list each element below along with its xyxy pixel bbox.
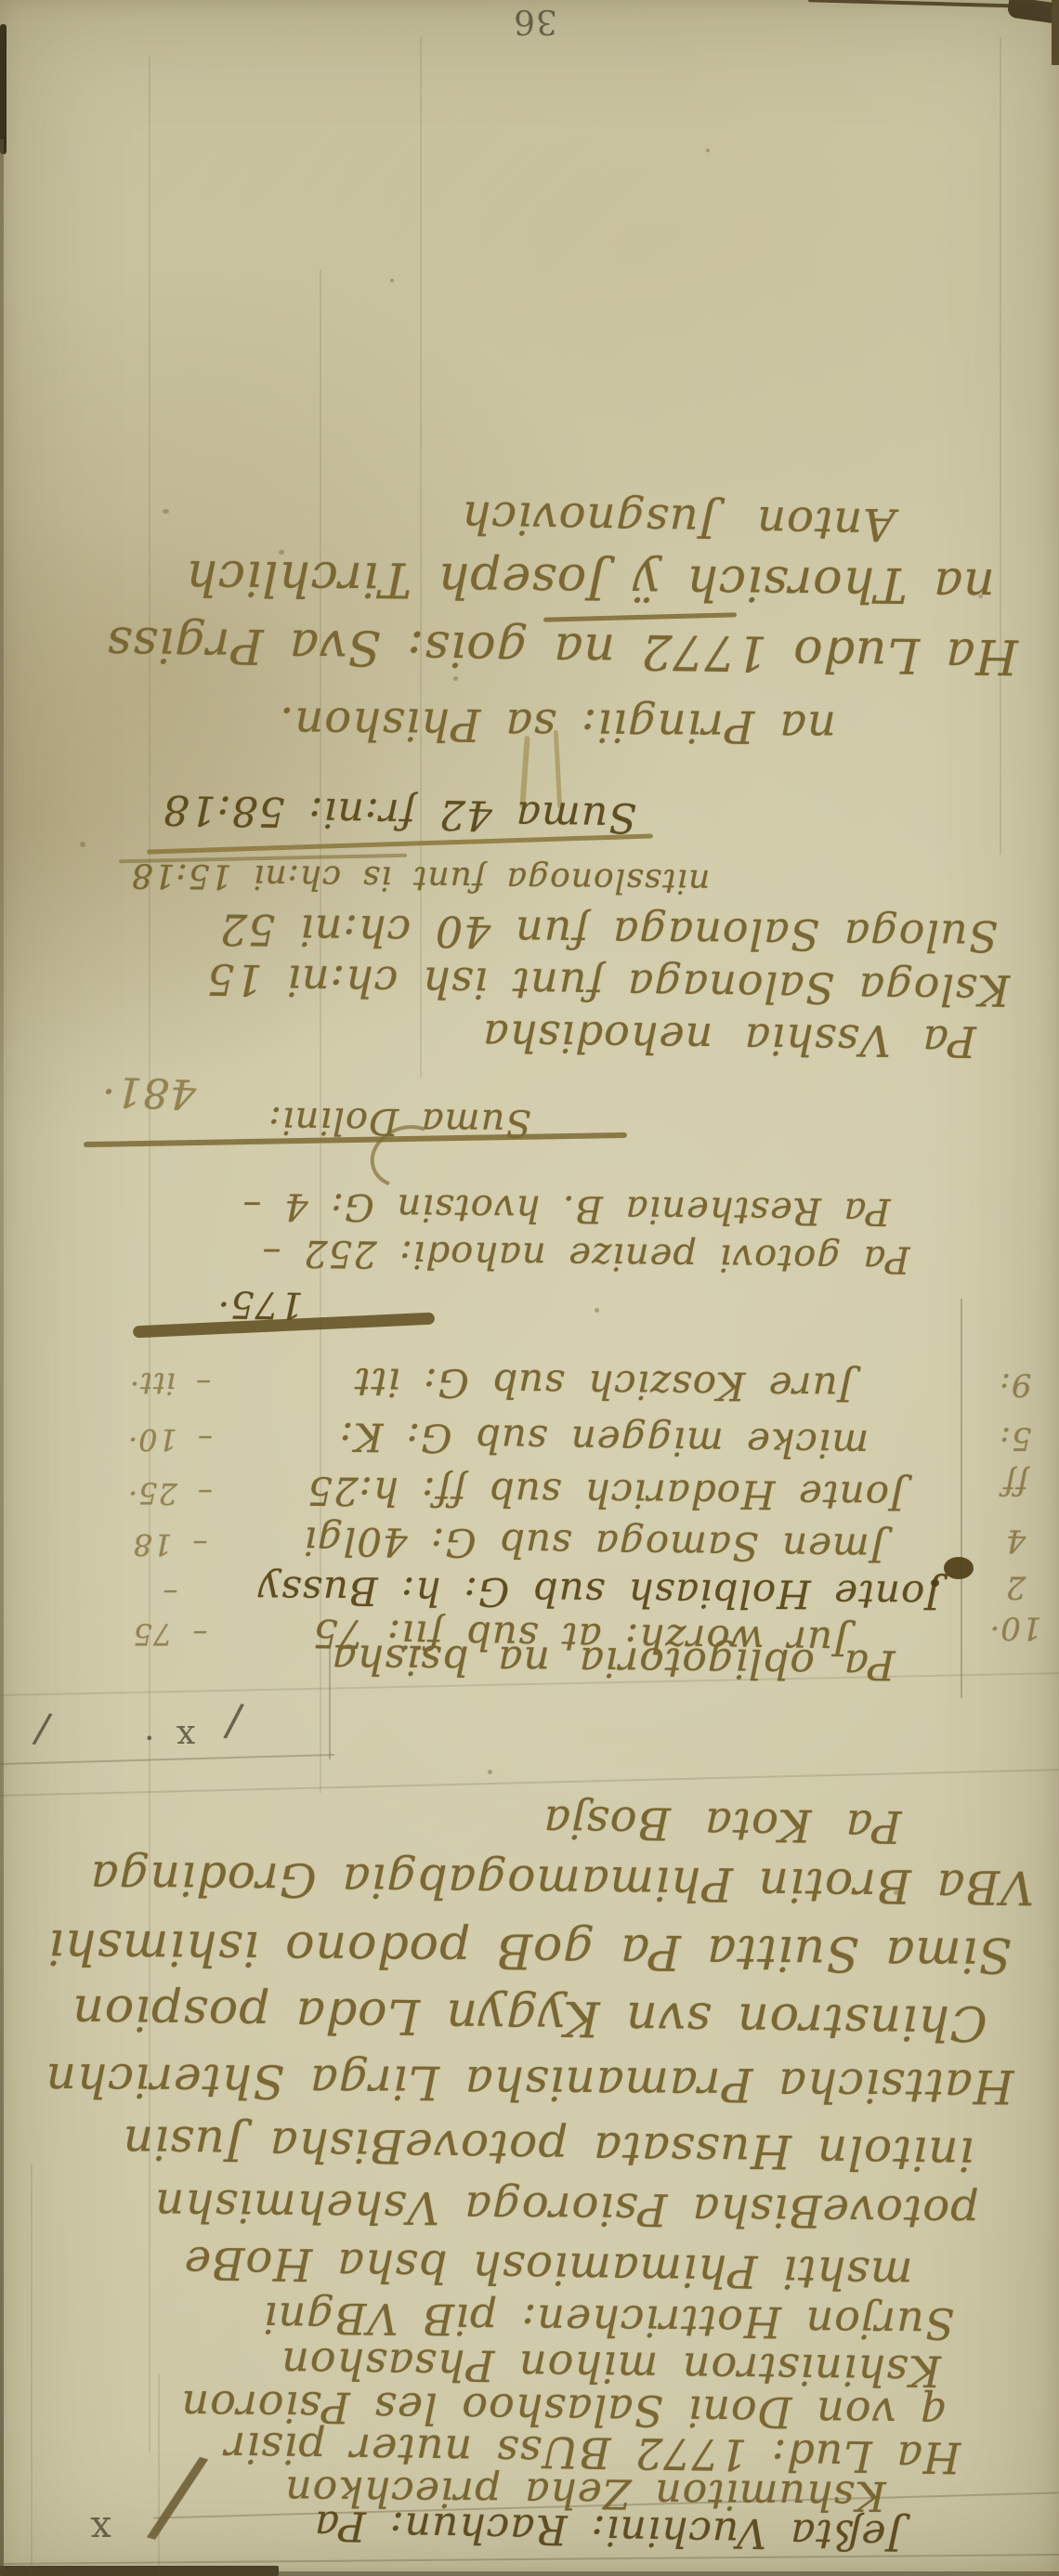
slash-mark-mid-left: ∕: [17, 1704, 68, 1755]
list-item-1-value: – itt·: [100, 1367, 240, 1399]
page-right-edge-sliver: [1052, 0, 1059, 65]
paragraph-line-5: initoln Hussata potoveBisha Jusin: [93, 2117, 1004, 2178]
suma-line-2: Suloga Salonaga fun 40 ch:ni 52: [246, 908, 971, 959]
paper-speck: [163, 509, 169, 514]
paper-speck: [706, 149, 710, 152]
ink-blot: [944, 1557, 974, 1579]
dolini-total: 481·: [87, 1068, 210, 1116]
closing-line-2: na Thorsich ÿ Joseph Tirchlich: [163, 551, 1018, 610]
list-item-6-marker: 10·: [983, 1611, 1048, 1644]
obligatoria-heading: Pa obligotoria na bsisha: [297, 1636, 929, 1685]
suma-heading-nehodisha: Pa Vsshia nehodisha: [460, 1013, 1000, 1064]
slash-mark-bottom: ∕: [124, 2433, 229, 2566]
folio-number: 36: [509, 0, 561, 41]
paper-speck: [390, 279, 394, 282]
slash-mark-mid-right: ∕: [208, 1694, 258, 1748]
kota-bosja-heading: Pa Kota Bosja: [506, 1798, 939, 1850]
list-item-6-value: – 75: [100, 1618, 240, 1650]
paper-speck: [488, 1770, 492, 1774]
x-mark-bottom: x: [72, 2510, 128, 2549]
list-item-4-marker: 4: [983, 1523, 1048, 1557]
list-item-2-value: – 10·: [100, 1423, 240, 1455]
paragraph-line-13: Jeßta Vuchini: Rachun: Pa: [302, 2503, 916, 2556]
paragraph-line-3: Chinstron svn Kygyn Loda pospion: [28, 1985, 1032, 2048]
paragraph-line-7: mshti Phimamiosh bsha HoBe: [176, 2239, 921, 2297]
paragraph-line-6: potoveBisha Psioroga Vshehmishn: [135, 2181, 999, 2236]
suma-line-3: Ksloga Salonaga funt ish ch:ni 15: [243, 958, 974, 1013]
list-item-5-value: –: [100, 1577, 240, 1609]
closing-line-1: Anton Jusgnovich: [399, 492, 958, 549]
paper-speck: [80, 842, 85, 847]
list-item-2-marker: 5:: [983, 1421, 1048, 1455]
dolini-entry-2: Pa gotovi penize nahodi: 252 –: [212, 1233, 960, 1279]
paragraph-line-4: Hattsicha Pramanisha Lirga Shterichn: [33, 2055, 1026, 2111]
list-item-3-value: – 25·: [100, 1477, 240, 1509]
paper-crease: [320, 269, 321, 1793]
list-item-5-text: Jonte Holbiash sub G: h: Bussy: [232, 1569, 966, 1615]
ink-blot-small: [931, 1579, 939, 1587]
page-left-edge-strip: [0, 139, 4, 2573]
list-item-5-marker: 2: [983, 1570, 1048, 1603]
paper-speck: [595, 1308, 599, 1313]
paragraph-line-2: Sima Suitta Pa goB podono ishimshi: [19, 1920, 1040, 1980]
paragraph-line-1: VBa Brotin Phimamogabgia Grodinga: [102, 1853, 1022, 1912]
list-item-1-text: Jure Koszich sub G: itt: [232, 1360, 975, 1408]
ink-underline-1772: [543, 612, 737, 621]
paper-crease: [1000, 37, 1001, 855]
suma-line-1: nitsslonoga funt is ch:ni 15:18: [186, 857, 655, 897]
closing-line-3: Ha Ludo 1772 na gois: Sva Prgiss: [121, 618, 1004, 681]
manuscript-page: 36 Anton Jusgnovich na Thorsich ÿ Joseph…: [0, 0, 1059, 2576]
list-item-3-text: Jonte Hodarich sub ff: h:25: [237, 1470, 975, 1517]
paper-speck: [453, 676, 458, 681]
paper-crease: [31, 2164, 33, 2573]
list-item-4-value: – 18: [100, 1528, 240, 1560]
list-item-1-marker: 9:: [983, 1367, 1048, 1401]
page-left-edge-dark: [0, 24, 7, 154]
pencil-rule: [0, 1769, 1059, 1797]
x-mark-mid: x ·: [123, 1719, 216, 1754]
list-item-4-text: Jmen Samoga sub G: 40lgi: [232, 1519, 957, 1569]
list-item-2-text: micke miggen sub G: K:: [232, 1414, 976, 1465]
list-item-3-marker: ff: [983, 1466, 1048, 1499]
suma-total-line: Suma 42 fr:ni: 58:18: [149, 787, 651, 839]
dolini-entry-1: Pa Resthenia B. hvotsin G: 4 –: [197, 1186, 935, 1232]
